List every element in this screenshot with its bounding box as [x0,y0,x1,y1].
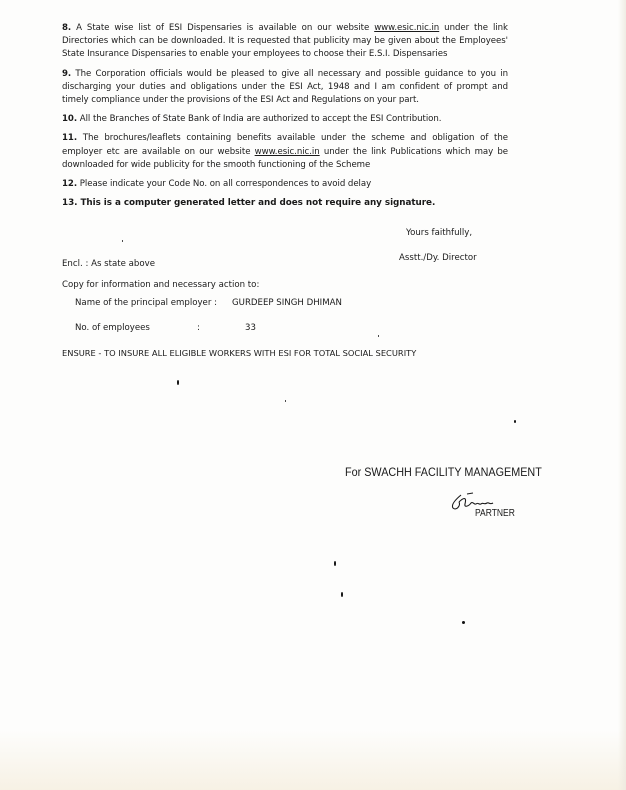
paper-shadow [0,730,626,790]
paragraph-10: 10. All the Branches of State Bank of In… [62,113,508,126]
employees-value: 33 [245,323,256,333]
scan-speck [334,561,336,566]
paragraph-8: 8. A State wise list of ESI Dispensaries… [62,22,508,62]
paragraph-text: The Corporation officials would be pleas… [62,69,508,105]
paragraph-number: 8. [62,23,71,33]
paragraph-9: 9. The Corporation officials would be pl… [62,68,508,108]
scan-speck [378,335,379,337]
scan-speck [285,400,286,402]
paragraph-12: 12. Please indicate your Code No. on all… [62,178,508,191]
paragraph-text: This is a computer generated letter and … [77,198,435,208]
scan-speck [177,380,179,385]
paper-edge [618,0,626,790]
employees-colon: : [197,323,200,333]
slogan-text: ENSURE - TO INSURE ALL ELIGIBLE WORKERS … [62,348,416,358]
paragraph-11: 11. The brochures/leaflets containing be… [62,132,508,172]
closing-text: Yours faithfully, [406,228,472,238]
copy-to-text: Copy for information and necessary actio… [62,280,259,290]
paragraph-number: 9. [62,69,71,79]
partner-label: PARTNER [475,508,515,519]
paragraph-13: 13. This is a computer generated letter … [62,197,508,210]
scan-speck [514,420,516,423]
scan-speck [341,592,343,597]
paragraph-number: 11. [62,133,77,143]
website-link[interactable]: www.esic.nic.in [374,23,439,33]
employer-value: GURDEEP SINGH DHIMAN [232,298,342,308]
designation-text: Asstt./Dy. Director [399,253,477,263]
paragraph-text: Please indicate your Code No. on all cor… [77,179,371,189]
scan-speck [462,621,465,624]
letter-body: 8. A State wise list of ESI Dispensaries… [62,22,508,216]
paragraph-text: All the Branches of State Bank of India … [77,114,441,124]
employer-label: Name of the principal employer : [75,298,217,308]
scan-speck [122,240,123,242]
employees-label: No. of employees [75,323,150,333]
enclosure-text: Encl. : As state above [62,259,155,269]
firm-name: For SWACHH FACILITY MANAGEMENT [345,465,542,479]
paragraph-number: 13. [62,198,77,208]
paragraph-number: 10. [62,114,77,124]
website-link[interactable]: www.esic.nic.in [255,147,320,157]
paragraph-number: 12. [62,179,77,189]
paragraph-text: A State wise list of ESI Dispensaries is… [71,23,374,33]
